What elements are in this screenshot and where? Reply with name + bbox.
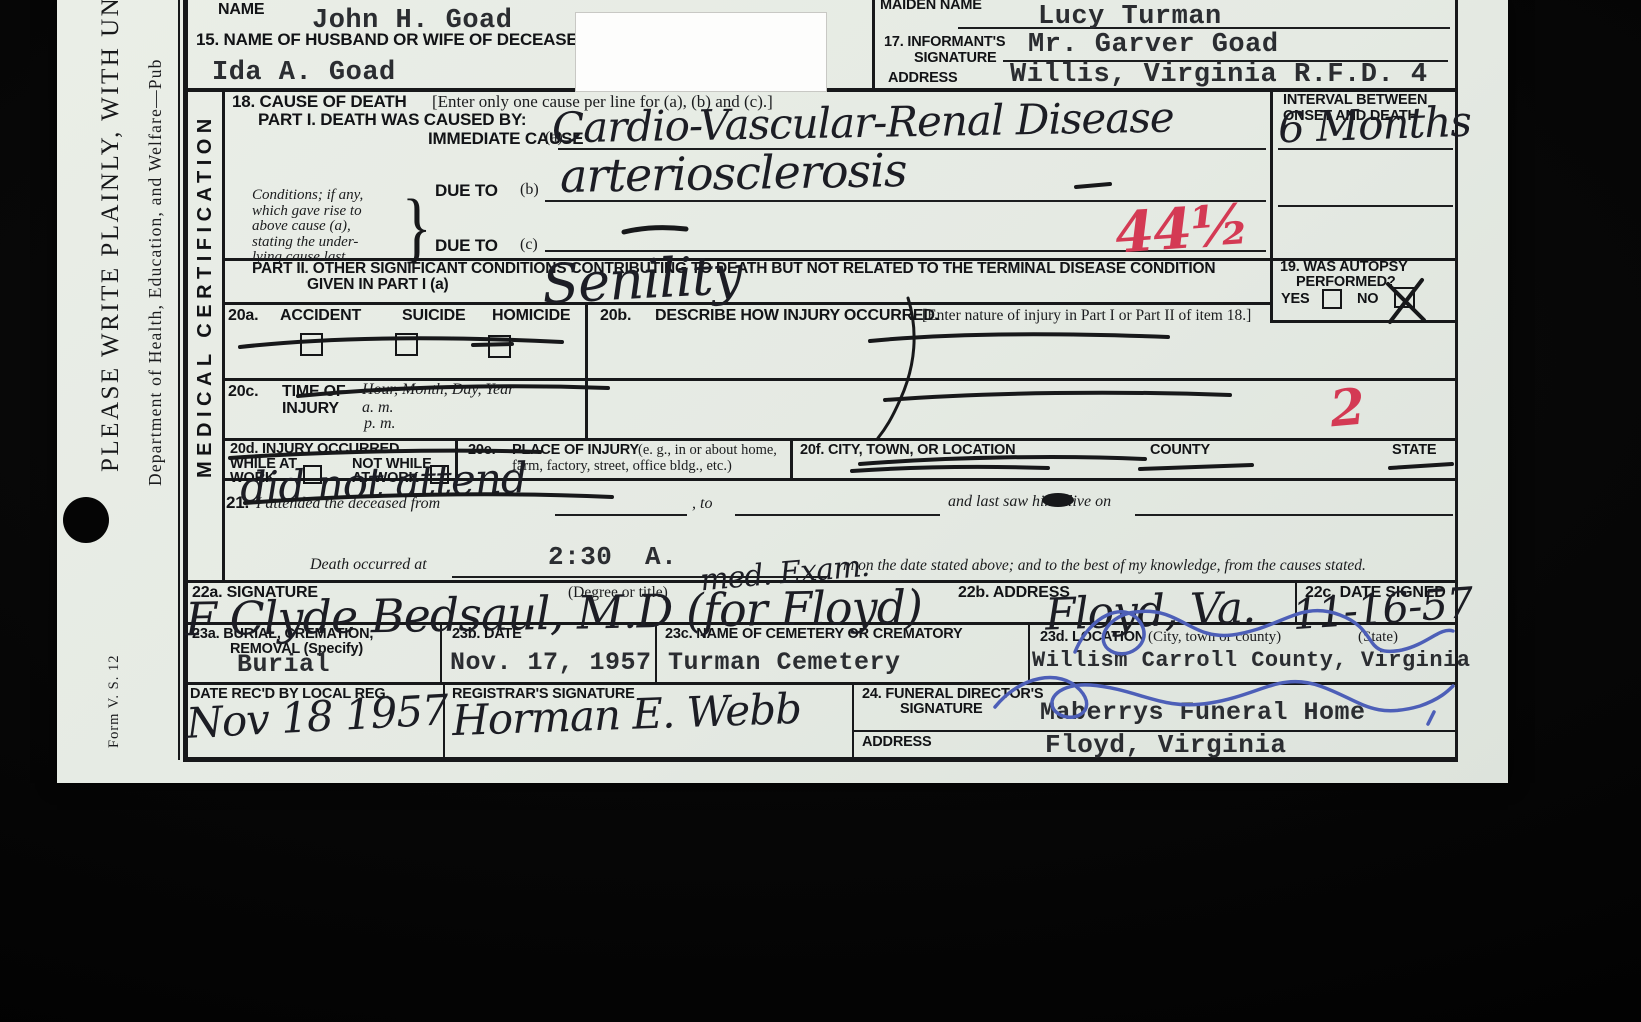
- f21-tail-text: m on the date stated above; and to the b…: [843, 557, 1366, 575]
- f21-death-occurred-text: Death occurred at: [310, 556, 427, 574]
- f22b-address-value: Floyd, Va.: [1044, 582, 1256, 640]
- funeral-director-label-line1: 24. FUNERAL DIRECTOR'S: [862, 686, 1043, 702]
- form-left-border-outer: [178, 0, 180, 760]
- medical-section-divider: [222, 88, 225, 580]
- f20f-label: 20f. CITY, TOWN, OR LOCATION: [800, 442, 1015, 458]
- row24bc-divider: [852, 682, 854, 757]
- part2-bottom-line: [222, 302, 1270, 305]
- part2-label-line2: GIVEN IN PART I (a): [307, 276, 448, 294]
- informant-label-line2: SIGNATURE: [914, 50, 997, 66]
- f21-last-saw-underline: [1135, 514, 1453, 516]
- part2-value: Senility: [540, 243, 743, 316]
- interval-cell-divider: [1270, 88, 1273, 320]
- f21-from-underline: [555, 514, 687, 516]
- f20c-pm: p. m.: [364, 415, 396, 433]
- accident-checkbox: [300, 333, 323, 356]
- row23cd-divider: [1028, 622, 1030, 682]
- f20b-note: [Enter nature of injury in Part I or Par…: [922, 307, 1251, 325]
- f20d-label: 20d. INJURY OCCURRED: [230, 441, 399, 457]
- funeral-address-value: Floyd, Virginia: [1045, 730, 1287, 760]
- autopsy-yes-label: YES: [1281, 291, 1309, 307]
- due-to-c-label: DUE TO: [435, 236, 498, 256]
- due-to-b-label: DUE TO: [435, 181, 498, 201]
- maiden-name-label: MAIDEN NAME: [880, 0, 982, 13]
- f20e-note-line1: (e. g., in or about home,: [638, 442, 777, 459]
- informant-address-label: ADDRESS: [888, 70, 958, 86]
- medical-certification-title: MEDICAL CERTIFICATION: [194, 113, 217, 478]
- f21-did-not-attend: did not attend: [239, 453, 527, 512]
- f21-to-text: , to: [692, 495, 712, 513]
- autopsy-bottom-line: [1270, 320, 1458, 323]
- row23-bottom-line: [183, 682, 1458, 685]
- autopsy-no-label: NO: [1357, 291, 1378, 307]
- f23b-date-value: Nov. 17, 1957: [450, 648, 652, 677]
- f21-last-saw-text: and last saw him alive on: [948, 493, 1111, 511]
- f20e-title: PLACE OF INJURY: [512, 442, 639, 458]
- f20f-state-label: STATE: [1392, 442, 1436, 458]
- due-to-b-value: arteriosclerosis: [560, 143, 907, 203]
- maiden-name-value: Lucy Turman: [1038, 2, 1222, 32]
- cause-of-death-label: 18. CAUSE OF DEATH: [232, 92, 407, 112]
- scanned-death-certificate: PLEASE WRITE PLAINLY, WITH UNF Departmen…: [0, 0, 1641, 1022]
- due-to-b-tag: (b): [520, 181, 539, 199]
- name-label: NAME: [218, 1, 264, 19]
- informant-value: Mr. Garver Goad: [1028, 30, 1279, 60]
- row20c-bottom-line: [222, 438, 1458, 441]
- f23d-location-value: Willism Carroll County, Virginia: [1032, 648, 1470, 673]
- red-annotation-2: 2: [1327, 377, 1366, 439]
- f20b-title: DESCRIBE HOW INJURY OCCURRED.: [655, 307, 939, 325]
- f20a-accident-label: ACCIDENT: [280, 307, 361, 325]
- f20c-title-line1: TIME OF: [282, 383, 345, 401]
- redaction-box: [575, 12, 827, 92]
- f23a-burial-value: Burial: [237, 650, 330, 679]
- row20ef-divider: [790, 438, 793, 478]
- interval-underline-2: [1278, 205, 1453, 207]
- f20a-suicide-label: SUICIDE: [402, 307, 466, 325]
- funeral-home-value: Maberrys Funeral Home: [1040, 698, 1366, 727]
- f20e-note-line2: farm, factory, street, office bldg., etc…: [512, 458, 732, 475]
- interval-value: 6 Months: [1277, 97, 1471, 153]
- conditions-brace: }: [402, 182, 432, 272]
- f21-to-underline: [735, 514, 940, 516]
- autopsy-label-line2: PERFORMED?: [1296, 274, 1396, 290]
- f20f-county-label: COUNTY: [1150, 442, 1210, 458]
- autopsy-yes-checkbox: [1322, 289, 1342, 309]
- row20ab-divider: [585, 302, 588, 438]
- margin-form-number: Form V. S. 12: [106, 655, 123, 748]
- name-value: John H. Goad: [312, 6, 512, 36]
- margin-plain-notice: PLEASE WRITE PLAINLY, WITH UNF: [97, 0, 125, 472]
- f20c-number: 20c.: [228, 383, 258, 401]
- husband-wife-value: Ida A. Goad: [212, 58, 396, 88]
- hole-punch: [63, 497, 109, 543]
- f20a-number: 20a.: [228, 307, 258, 325]
- funeral-director-label-line2: SIGNATURE: [900, 701, 983, 717]
- funeral-address-label: ADDRESS: [862, 734, 932, 750]
- f20c-hint: Hour, Month, Day, Year: [362, 381, 514, 399]
- due-to-c-tag: (c): [520, 236, 538, 254]
- margin-department-line: Department of Health, Education, and Wel…: [145, 58, 166, 486]
- informant-address-value: Willis, Virginia R.F.D. 4: [1010, 60, 1428, 90]
- suicide-checkbox: [395, 333, 418, 356]
- autopsy-label-line1: 19. WAS AUTOPSY: [1280, 259, 1408, 275]
- f20c-title-line2: INJURY: [282, 400, 339, 418]
- homicide-checkbox: [488, 335, 511, 358]
- informant-label-line1: 17. INFORMANT'S: [884, 34, 1005, 50]
- f21-time-value: 2:30: [548, 542, 612, 572]
- f21-ampm-value: A.: [645, 542, 677, 572]
- red-annotation-44: 44½: [1113, 191, 1251, 266]
- part1-label: PART I. DEATH WAS CAUSED BY:: [258, 110, 526, 130]
- f23c-cemetery-value: Turman Cemetery: [668, 648, 901, 677]
- top-row-divider: [872, 0, 875, 88]
- autopsy-no-checkbox: [1394, 287, 1415, 308]
